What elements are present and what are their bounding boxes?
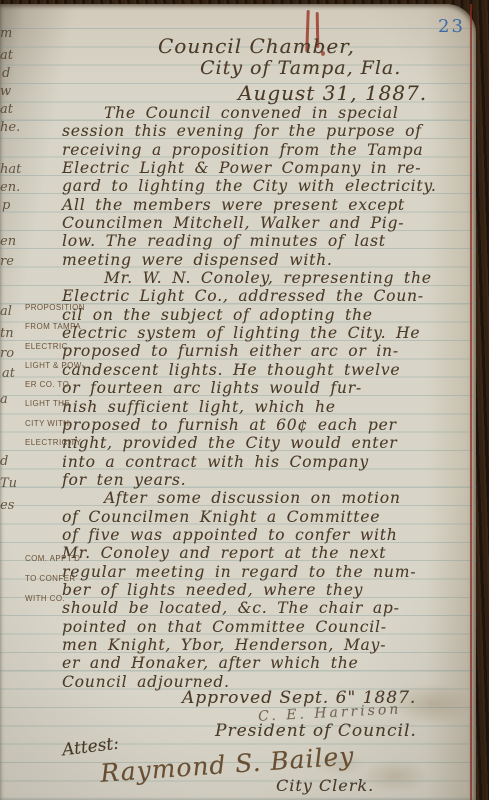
gutter-fragment: es [0,498,14,513]
gutter-fragment: ro [0,346,14,361]
gutter-fragment: p [2,198,10,213]
paragraph-conoley-proposal: Mr. W. N. Conoley, representing the Elec… [62,269,464,489]
gutter-fragment: at [0,102,13,117]
red-margin-rule [470,4,472,800]
paragraph-convened: The Council convened in special session … [62,104,464,269]
clerk-title: City Clerk. [276,776,374,795]
heading-place: Council Chamber, [158,34,355,58]
heading-date: August 31, 1887. [238,81,427,105]
gutter-fragment: at [2,366,15,381]
gutter-fragment: en [0,234,16,249]
gutter-fragment: Tu [0,476,17,491]
gutter-fragment: he. [0,120,20,135]
gutter-fragment: hat [0,162,21,177]
gutter-fragment: d [2,66,10,81]
gutter-fragment: w [0,84,11,99]
gutter-fragment: en. [0,180,20,195]
gutter-fragment: m [0,26,12,41]
gutter-fragment: re [0,254,14,269]
ledger-photo: { "photo": { "page_number": "23", "headi… [0,0,489,800]
margin-note-proposition: Proposition from Tampa Electric Light & … [25,298,87,452]
paragraph-committee: After some discussion on motion of Counc… [62,489,464,691]
gutter-fragment: d [0,454,8,469]
minutes-body: The Council convened in special session … [62,104,464,691]
margin-note-committee: Com. appt'd to confer with Co. [25,549,87,609]
page-number: 23 [438,16,465,37]
gutter-fragment: a [0,392,8,407]
president-title: President of Council. [215,721,417,741]
gutter-fragment: tn [0,326,14,341]
gutter-fragment: at [0,48,13,63]
heading-city: City of Tampa, Fla. [200,57,401,79]
gutter-fragment: al [0,304,12,319]
manuscript-page: 23 Council Chamber, City of Tampa, Fla. … [0,4,476,800]
